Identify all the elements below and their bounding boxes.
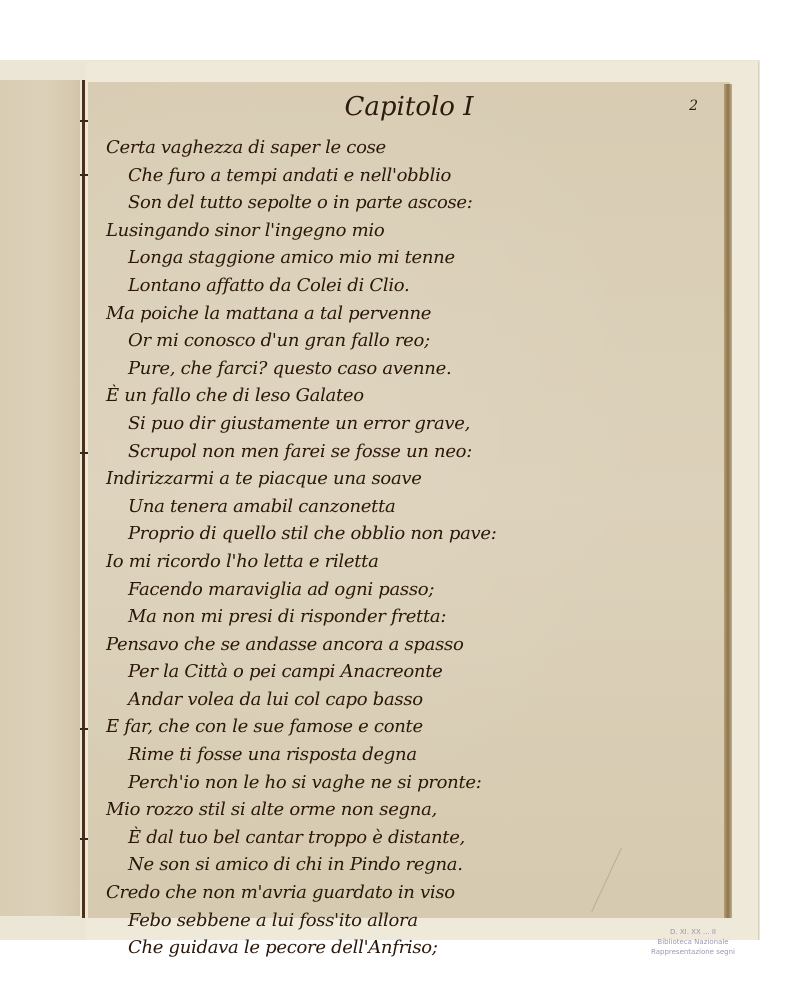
verse-line: Pensavo che se andasse ancora a spasso (106, 631, 706, 659)
verse-line: Longa staggione amico mio mi tenne (106, 244, 706, 272)
verse-line: Andar volea da lui col capo basso (106, 686, 706, 714)
verse-line: Che furo a tempi andati e nell'obblio (106, 162, 706, 190)
verse-line: È dal tuo bel cantar troppo è distante, (106, 824, 706, 852)
page-edge (724, 84, 732, 918)
stamp-line: D. XI. XX ... II (628, 927, 758, 937)
verse-line: Indirizzarmi a te piacque una soave (106, 465, 706, 493)
verse-line: Ma poiche la mattana a tal pervenne (106, 300, 706, 328)
stitch-mark (80, 174, 88, 176)
verse-line: Or mi conosco d'un gran fallo reo; (106, 327, 706, 355)
verse-line: Certa vaghezza di saper le cose (106, 134, 706, 162)
stamp-line: Rappresentazione segni (628, 947, 758, 957)
stitch-mark (80, 728, 88, 730)
verse-line: Proprio di quello stil che obblio non pa… (106, 520, 706, 548)
stitch-mark (80, 452, 88, 454)
verse-line: Credo che non m'avria guardato in viso (106, 879, 706, 907)
verse-line: Son del tutto sepolte o in parte ascose: (106, 189, 706, 217)
verse-line: Scrupol non men farei se fosse un neo: (106, 438, 706, 466)
verse-line: È un fallo che di leso Galateo (106, 382, 706, 410)
verse-line: Pure, che farci? questo caso avenne. (106, 355, 706, 383)
manuscript-page: Capitolo I 2 Certa vaghezza di saper le … (88, 82, 730, 918)
chapter-heading: Capitolo I (88, 92, 730, 122)
verse-line: Ma non mi presi di risponder fretta: (106, 603, 706, 631)
verse-line: Facendo maraviglia ad ogni passo; (106, 576, 706, 604)
verse-line: Rime ti fosse una risposta degna (106, 741, 706, 769)
stamp-line: Biblioteca Nazionale (628, 937, 758, 947)
verse-line: Che guidava le pecore dell'Anfriso; (106, 934, 706, 962)
verse-line: Io mi ricordo l'ho letta e riletta (106, 548, 706, 576)
left-page (0, 80, 80, 916)
verse-line: Mio rozzo stil si alte orme non segna, (106, 796, 706, 824)
verse-line: Lontano affatto da Colei di Clio. (106, 272, 706, 300)
verse-line: Si puo dir giustamente un error grave, (106, 410, 706, 438)
binding-spine (82, 80, 85, 918)
verse-line: Febo sebbene a lui foss'ito allora (106, 907, 706, 935)
verse-line: Una tenera amabil canzonetta (106, 493, 706, 521)
library-stamp: D. XI. XX ... IIBiblioteca NazionaleRapp… (628, 927, 758, 957)
verse-line: Perch'io non le ho si vaghe ne si pronte… (106, 769, 706, 797)
page-number: 2 (689, 98, 698, 114)
verse-line: E far, che con le sue famose e conte (106, 713, 706, 741)
verse-line: Per la Città o pei campi Anacreonte (106, 658, 706, 686)
poem-text: Certa vaghezza di saper le coseChe furo … (106, 134, 706, 962)
stitch-mark (80, 838, 88, 840)
stitch-mark (80, 120, 88, 122)
verse-line: Lusingando sinor l'ingegno mio (106, 217, 706, 245)
